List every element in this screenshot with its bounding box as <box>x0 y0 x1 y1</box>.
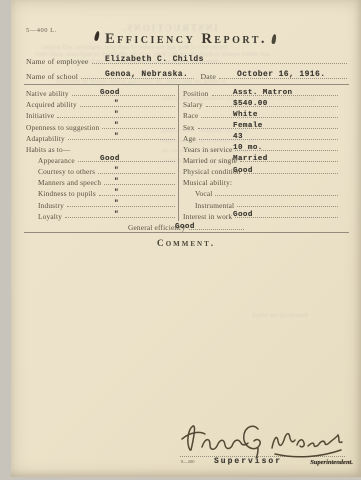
rating-label: Industry <box>38 201 64 210</box>
detail-label: Instrumental <box>195 201 234 210</box>
dotted-leader <box>237 206 338 207</box>
employee-name-value: Elizabeth C. Childs <box>105 55 204 64</box>
detail-section-label: Musical ability: <box>183 178 232 187</box>
rating-row: Openness to suggestion " <box>26 120 177 131</box>
detail-value: $540.00 <box>233 100 268 108</box>
rating-label: Initiative <box>26 111 54 120</box>
detail-row: Married or single Married <box>183 154 340 165</box>
rating-section-row: Habits as to— <box>26 143 177 154</box>
dotted-leader <box>206 106 338 107</box>
rating-value-ditto: " <box>114 111 119 119</box>
rating-row: Kindness to pupils " <box>26 187 177 198</box>
details-column: Position Asst. Matron Salary $540.00 Rac… <box>183 87 340 221</box>
rating-row: Manners and speech " <box>26 176 177 187</box>
rating-value-ditto: " <box>114 133 119 141</box>
rating-value-ditto: " <box>114 178 119 186</box>
detail-row: Years in service 10 mo. <box>183 143 340 154</box>
dotted-leader <box>199 139 338 140</box>
rating-label: Appearance <box>38 156 75 165</box>
print-code: 8—200 <box>181 459 195 464</box>
rating-value-ditto: " <box>114 167 119 175</box>
rating-value-ditto: " <box>114 211 119 219</box>
rating-label: Native ability <box>26 89 69 98</box>
detail-label: Position <box>183 89 209 98</box>
rating-value: Good <box>100 155 120 163</box>
detail-label: Married or single <box>183 156 237 165</box>
rating-value: Good <box>100 89 120 97</box>
handwritten-signature <box>178 416 350 458</box>
detail-row: Position Asst. Matron <box>183 87 340 98</box>
detail-row: Sex Female <box>183 120 340 131</box>
school-name-label: Name of school <box>26 72 78 81</box>
detail-row: Salary $540.00 <box>183 98 340 109</box>
dotted-leader <box>68 139 175 140</box>
detail-value: Good <box>233 167 253 175</box>
comment-heading: Comment. <box>11 239 361 249</box>
rating-section-label: Habits as to— <box>26 145 70 154</box>
rating-label: Adaptability <box>26 134 65 143</box>
dotted-leader <box>67 206 175 207</box>
detail-label: Race <box>183 111 198 120</box>
rating-row: Adaptability " <box>26 132 177 143</box>
rating-label: Courtesy to others <box>38 167 95 176</box>
general-efficiency-value: Good <box>175 223 195 231</box>
rating-row: Acquired ability " <box>26 98 177 109</box>
rating-row: Initiative " <box>26 109 177 120</box>
rating-row: Appearance Good <box>26 154 177 165</box>
dotted-leader <box>189 229 244 230</box>
rating-value-ditto: " <box>114 122 119 130</box>
detail-row: Physical condition Good <box>183 165 340 176</box>
page-title: Efficiency Report. <box>11 31 361 48</box>
rating-row: Native ability Good <box>26 87 177 98</box>
dotted-leader <box>72 95 175 96</box>
detail-row: Age 43 <box>183 132 340 143</box>
rating-label: Kindness to pupils <box>38 189 96 198</box>
employee-name-label: Name of employee <box>26 57 89 66</box>
dotted-leader <box>78 161 175 162</box>
rating-row: Courtesy to others " <box>26 165 177 176</box>
horizontal-rule <box>24 84 349 85</box>
detail-value: Female <box>233 122 263 130</box>
detail-value: White <box>233 111 258 119</box>
detail-row: Vocal <box>183 187 340 198</box>
detail-value: 43 <box>233 133 243 141</box>
signature-strokes <box>178 416 350 458</box>
dotted-leader <box>98 173 175 174</box>
bleed-through-text: Periodicals for which <box>252 313 308 319</box>
detail-value: Married <box>233 155 268 163</box>
date-value: October 16, 1916. <box>237 70 325 79</box>
rating-label: Loyalty <box>38 212 62 221</box>
detail-label: Age <box>183 134 196 143</box>
detail-section-row: Musical ability: <box>183 176 340 187</box>
dotted-leader <box>244 173 338 174</box>
dotted-leader <box>215 195 338 196</box>
typed-signer-title: Supervisor <box>214 457 282 466</box>
dotted-leader <box>80 106 175 107</box>
detail-value: 10 mo. <box>233 144 263 152</box>
detail-row: Instrumental <box>183 198 340 209</box>
detail-label: Sex <box>183 123 195 132</box>
school-name-row: Name of school Date Genoa, Nebraska. Oct… <box>26 68 349 81</box>
column-divider-rule <box>178 85 179 221</box>
printed-signer-title: Superintendent. <box>310 459 353 466</box>
horizontal-rule <box>24 232 349 233</box>
detail-label: Vocal <box>195 189 212 198</box>
general-efficiency-row: General efficiency Good <box>128 220 246 232</box>
rating-label: Acquired ability <box>26 100 77 109</box>
rating-label: Openness to suggestion <box>26 123 99 132</box>
scanned-efficiency-report: { "form": { "number": "5—400 L.", "title… <box>0 0 361 480</box>
rating-row: Industry " <box>26 198 177 209</box>
rating-value-ditto: " <box>114 200 119 208</box>
ratings-column: Native ability Good Acquired ability " I… <box>26 87 177 221</box>
dotted-leader <box>99 195 175 196</box>
detail-label: Salary <box>183 100 203 109</box>
detail-label: Years in service <box>183 145 232 154</box>
paper-sheet: INSTRUCTIONS. On the first of May and No… <box>11 0 361 477</box>
school-name-value: Genoa, Nebraska. <box>105 70 188 79</box>
rating-label: Manners and speech <box>38 178 101 187</box>
detail-row: Race White <box>183 109 340 120</box>
detail-value: Good <box>233 211 253 219</box>
employee-name-row: Name of employee Elizabeth C. Childs <box>26 53 349 66</box>
dotted-leader <box>65 217 175 218</box>
detail-value: Asst. Matron <box>233 89 292 97</box>
date-label: Date <box>200 72 216 81</box>
dotted-leader <box>198 128 338 129</box>
rating-value-ditto: " <box>114 189 119 197</box>
rating-value-ditto: " <box>114 100 119 108</box>
dotted-leader <box>201 117 338 118</box>
